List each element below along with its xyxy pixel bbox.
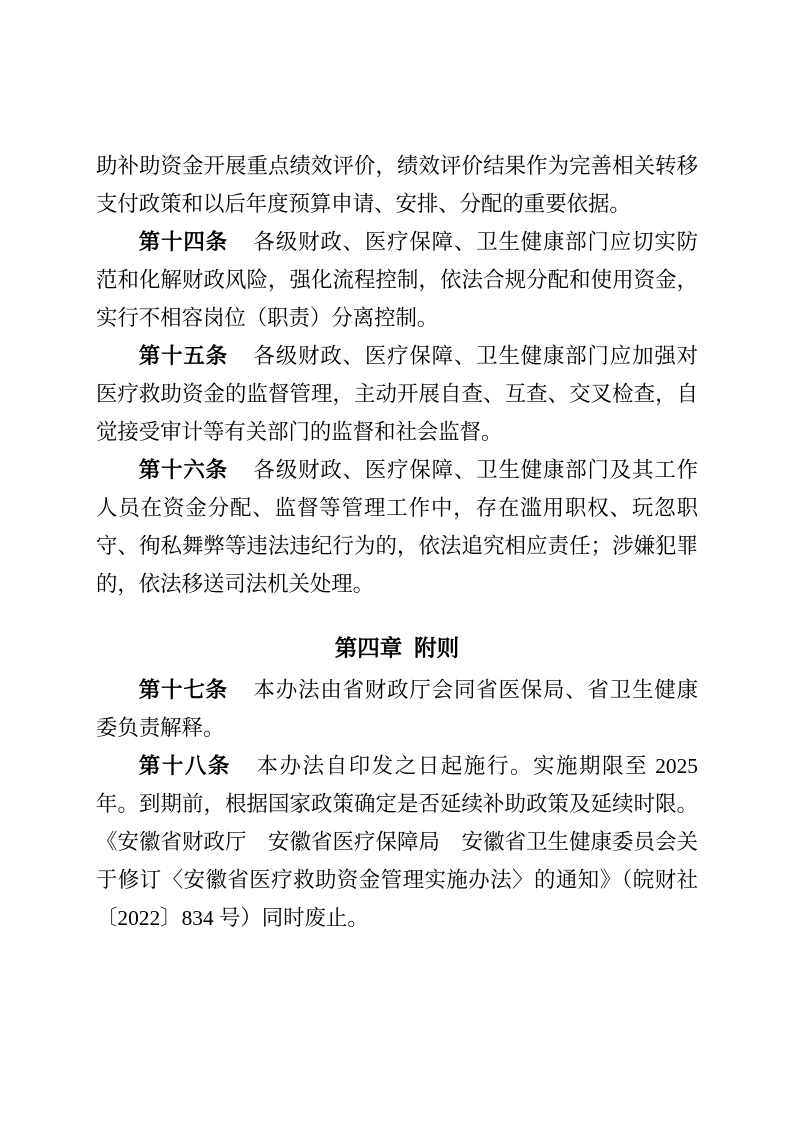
paragraph-article-15: 第十五条各级财政、医疗保障、卫生健康部门应加强对医疗救助资金的监督管理，主动开展…: [96, 337, 698, 451]
paragraph-article-16: 第十六条各级财政、医疗保障、卫生健康部门及其工作人员在资金分配、监督等管理工作中…: [96, 451, 698, 603]
document-content: 助补助资金开展重点绩效评价，绩效评价结果作为完善相关转移支付政策和以后年度预算申…: [96, 147, 698, 937]
chapter-4-heading: 第四章 附则: [96, 630, 698, 668]
article-18-number-label: 第十八条: [139, 754, 231, 778]
paragraph-article-17: 第十七条本办法由省财政厅会同省医保局、省卫生健康委负责解释。: [96, 671, 698, 747]
article-16-number-label: 第十六条: [139, 458, 228, 482]
article-18-text: 本办法自印发之日起施行。实施期限至 2025 年。到期前，根据国家政策确定是否延…: [96, 754, 698, 930]
paragraph-article-18: 第十八条本办法自印发之日起施行。实施期限至 2025 年。到期前，根据国家政策确…: [96, 747, 698, 937]
document-page: 助补助资金开展重点绩效评价，绩效评价结果作为完善相关转移支付政策和以后年度预算申…: [0, 0, 794, 1122]
paragraph-text: 助补助资金开展重点绩效评价，绩效评价结果作为完善相关转移支付政策和以后年度预算申…: [96, 154, 698, 216]
article-14-number-label: 第十四条: [139, 230, 228, 254]
article-17-number-label: 第十七条: [139, 678, 228, 702]
paragraph-continuation: 助补助资金开展重点绩效评价，绩效评价结果作为完善相关转移支付政策和以后年度预算申…: [96, 147, 698, 223]
article-15-number-label: 第十五条: [139, 344, 228, 368]
paragraph-article-14: 第十四条各级财政、医疗保障、卫生健康部门应切实防范和化解财政风险，强化流程控制，…: [96, 223, 698, 337]
